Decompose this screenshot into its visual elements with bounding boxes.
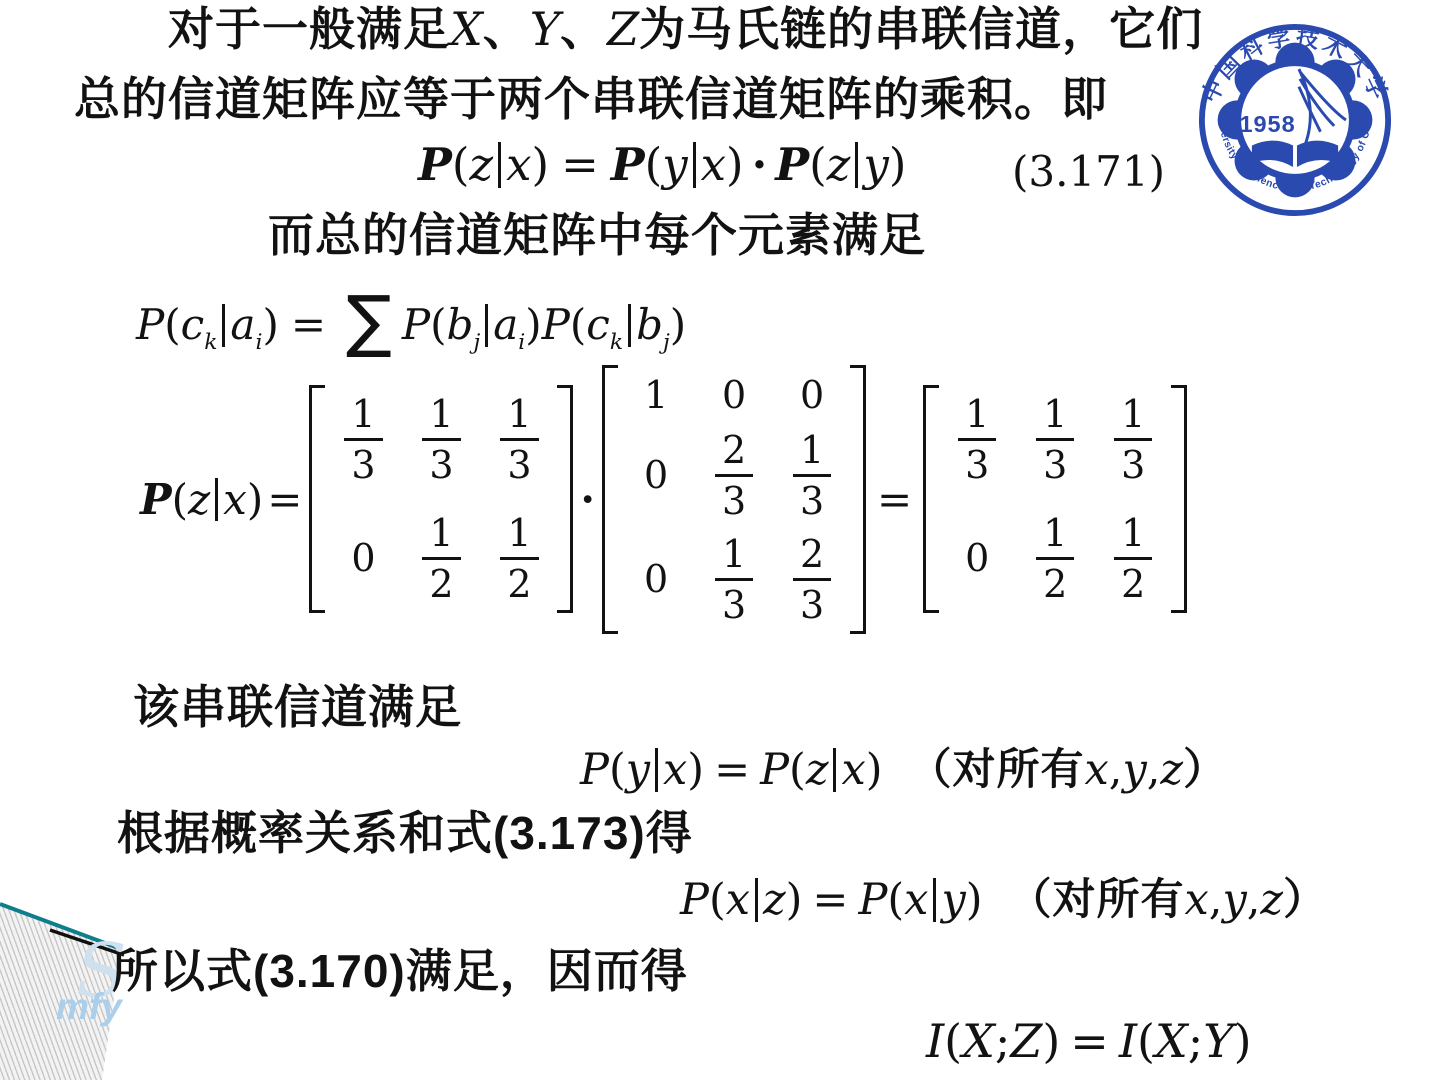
fraction: 23 (715, 430, 753, 521)
math-symbol: ( (887, 876, 904, 924)
math-variable: x (1085, 746, 1109, 794)
text-run: 、 (560, 4, 607, 56)
math-variable: z (827, 140, 851, 190)
math-symbol: ( (645, 140, 663, 190)
math-variable: P (542, 301, 570, 348)
matrix-row: 02313 (617, 430, 851, 521)
fraction: 23 (793, 534, 831, 625)
matrix-cell: 13 (695, 534, 773, 625)
paragraph-3: 该串联信道满足 (133, 682, 462, 734)
paragraph-1-line-2: 总的信道矩阵应等于两个串联信道矩阵的乘积。即 (74, 74, 1108, 126)
paragraph-5: 所以式(3.170)满足，因而得 (112, 946, 688, 998)
math-subscript: j (663, 331, 670, 355)
fraction: 12 (1114, 513, 1152, 604)
math-symbol: ( (172, 476, 188, 523)
math-variable: b (636, 301, 663, 348)
math-variable: X (962, 1016, 995, 1068)
conditional-bar (833, 748, 836, 792)
math-subscript: i (255, 331, 262, 355)
math-symbol: , (1109, 746, 1123, 794)
matrix-cell: 13 (1094, 394, 1172, 485)
text-run: 、 (483, 4, 530, 56)
math-symbol: = (561, 140, 599, 190)
matrix-row: 131313 (324, 394, 558, 485)
math-variable: b (447, 301, 474, 348)
math-variable: y (626, 746, 650, 794)
conditional-bar (755, 878, 758, 922)
fraction: 12 (422, 513, 460, 604)
matrix-cell: 23 (695, 430, 773, 521)
matrix-m2: 1000231301323 (602, 365, 866, 634)
math-variable: y (863, 140, 888, 190)
math-symbol: ) (532, 140, 550, 190)
fraction: 13 (500, 394, 538, 485)
math-variable: x (701, 140, 726, 190)
math-variable: x (663, 746, 687, 794)
conditional-bar (655, 748, 658, 792)
matrix-cell: 13 (480, 394, 558, 485)
math-variable: X (450, 4, 483, 56)
math-symbol: ) (889, 140, 907, 190)
math-symbol: = (877, 476, 912, 523)
conditional-bar (693, 142, 696, 188)
conditional-bar (855, 142, 858, 188)
matrix-cell: 13 (773, 430, 851, 521)
math-symbol: · (752, 140, 768, 190)
paragraph-1-line-1: 对于一般满足 X、Y、Z 为马氏链的串联信道，它们 (168, 4, 1203, 56)
math-variable: x (1185, 876, 1209, 924)
matrix-m3: 13131301212 (923, 385, 1187, 613)
math-variable: P (760, 746, 789, 794)
math-variable: z (469, 140, 493, 190)
math-variable: P (402, 301, 430, 348)
math-symbol: , (1147, 746, 1161, 794)
math-symbol: ; (1188, 1016, 1204, 1068)
math-symbol: ) (1234, 1016, 1252, 1068)
math-symbol: ( (570, 301, 586, 348)
matrix-row: 01212 (938, 513, 1172, 604)
matrix-row: 100 (617, 374, 851, 417)
matrix-row: 01212 (324, 513, 558, 604)
matrix-cell: 12 (1016, 513, 1094, 604)
math-variable: z (1260, 876, 1283, 924)
math-symbol: = (812, 876, 848, 924)
math-symbol: · (580, 476, 595, 523)
math-variable-bold: P (611, 140, 645, 190)
math-symbol: , (1209, 876, 1223, 924)
math-symbol: ( (809, 140, 827, 190)
math-subscript: i (518, 331, 525, 355)
math-variable: I (1119, 1016, 1137, 1068)
logo-year: 1958 (1239, 111, 1295, 137)
fraction: 12 (1036, 513, 1074, 604)
fraction: 13 (1114, 394, 1152, 485)
math-symbol: ) (670, 301, 686, 348)
slide: S mfy 对于一般满足 X、Y、Z 为马氏链的串联信道，它们 总的信道矩阵应等… (0, 0, 1440, 1080)
math-symbol: ( (164, 301, 180, 348)
equation-number: (3.171) (1012, 148, 1165, 195)
math-symbol: ; (995, 1016, 1011, 1068)
math-symbol: ) (525, 301, 541, 348)
math-symbol: ) (866, 746, 883, 794)
math-symbol: ) (786, 876, 803, 924)
math-variable: Y (530, 4, 560, 56)
math-variable: z (1160, 746, 1183, 794)
fraction: 13 (422, 394, 460, 485)
matrix-row: 131313 (938, 394, 1172, 485)
math-symbol: = (714, 746, 750, 794)
equation-pxz-pxy: P(xz)=P(xy)（对所有 x,y,z） (680, 876, 1327, 924)
matrix-cell: 12 (480, 513, 558, 604)
matrix-cell: 12 (1094, 513, 1172, 604)
math-symbol: = (291, 301, 326, 348)
conditional-bar (222, 304, 225, 347)
text-run: （对所有 (909, 746, 1085, 794)
text-run: ） (1283, 876, 1327, 924)
ustc-logo: 1958 中国科学技术大学 University of Science and … (1197, 22, 1393, 218)
paragraph-4: 根据概率关系和式(3.173)得 (117, 808, 693, 860)
text-run: 为马氏链的串联信道，它们 (639, 4, 1203, 56)
math-symbol: ( (609, 746, 626, 794)
math-variable: y (1122, 746, 1146, 794)
math-symbol: ) (262, 301, 278, 348)
math-variable: a (493, 301, 518, 348)
matrix-cell: 0 (617, 430, 695, 521)
math-symbol: ) (966, 876, 983, 924)
matrix-cell: 1 (617, 374, 695, 417)
math-variable: a (230, 301, 255, 348)
equation-sum: P(ckai)=∑P(bjai)P(ckbj) (136, 288, 686, 355)
math-variable: x (841, 746, 865, 794)
matrix-cell: 0 (617, 534, 695, 625)
equation-mutual-information: I(X;Z)=I(X;Y) (926, 1016, 1252, 1068)
text-run: （对所有 (1009, 876, 1185, 924)
math-variable: Z (1010, 1016, 1042, 1068)
math-variable: P (136, 301, 164, 348)
fraction: 13 (1036, 394, 1074, 485)
math-variable: X (1155, 1016, 1188, 1068)
matrix-cell: 0 (324, 513, 402, 604)
equation-pyx-pzx: P(yx)=P(zx)（对所有 x,y,z） (580, 746, 1227, 794)
matrix-m1: 13131301212 (309, 385, 573, 613)
math-variable: Y (1203, 1016, 1233, 1068)
math-variable: x (726, 876, 750, 924)
math-variable: z (188, 476, 210, 523)
math-variable: y (1222, 876, 1246, 924)
math-variable: P (680, 876, 709, 924)
math-symbol: ( (789, 746, 806, 794)
math-variable: x (506, 140, 531, 190)
math-symbol: ( (709, 876, 726, 924)
matrix-cell: 13 (402, 394, 480, 485)
math-symbol: ( (430, 301, 446, 348)
math-symbol: = (1070, 1016, 1109, 1068)
math-symbol: ( (1137, 1016, 1155, 1068)
matrix-cell: 0 (695, 374, 773, 417)
conditional-bar (215, 478, 218, 521)
fraction: 12 (500, 513, 538, 604)
math-symbol: = (267, 476, 302, 523)
math-variable: Z (607, 4, 639, 56)
math-variable: c (181, 301, 205, 348)
math-symbol: ( (944, 1016, 962, 1068)
matrix-cell: 23 (773, 534, 851, 625)
math-variable: I (926, 1016, 944, 1068)
conditional-bar (933, 878, 936, 922)
math-variable: x (223, 476, 247, 523)
math-variable: z (763, 876, 786, 924)
math-subscript: j (473, 331, 480, 355)
matrix-cell: 0 (773, 374, 851, 417)
math-variable: c (586, 301, 610, 348)
fraction: 13 (344, 394, 382, 485)
math-symbol: ) (1042, 1016, 1060, 1068)
fraction: 13 (958, 394, 996, 485)
conditional-bar (485, 304, 488, 347)
conditional-bar (628, 304, 631, 347)
math-symbol: ) (726, 140, 744, 190)
math-symbol: ( (452, 140, 470, 190)
math-symbol: ) (247, 476, 263, 523)
equation-matrix-product: P(zx)=13131301212·1000231301323=13131301… (140, 365, 1192, 634)
math-subscript: k (610, 331, 623, 355)
math-variable: z (806, 746, 829, 794)
summation-sign: ∑ (346, 293, 392, 351)
math-subscript: k (204, 331, 217, 355)
matrix-cell: 0 (938, 513, 1016, 604)
matrix-cell: 13 (1016, 394, 1094, 485)
math-variable: y (941, 876, 965, 924)
math-symbol: ) (687, 746, 704, 794)
matrix-cell: 13 (324, 394, 402, 485)
math-variable: P (858, 876, 887, 924)
math-variable: P (580, 746, 609, 794)
matrix-cell: 12 (402, 513, 480, 604)
math-variable-bold: P (140, 476, 172, 523)
equation-3-171: P(zx)=P(yx)·P(zy) (418, 140, 906, 190)
text-run: 对于一般满足 (168, 4, 450, 56)
conditional-bar (498, 142, 501, 188)
math-variable-bold: P (775, 140, 809, 190)
text-run: ） (1183, 746, 1227, 794)
math-symbol: , (1247, 876, 1261, 924)
matrix-cell: 13 (938, 394, 1016, 485)
matrix-row: 01323 (617, 534, 851, 625)
fraction: 13 (793, 430, 831, 521)
math-variable: y (662, 140, 687, 190)
math-variable: x (904, 876, 928, 924)
paragraph-2: 而总的信道矩阵中每个元素满足 (268, 210, 926, 262)
fraction: 13 (715, 534, 753, 625)
math-variable-bold: P (418, 140, 452, 190)
